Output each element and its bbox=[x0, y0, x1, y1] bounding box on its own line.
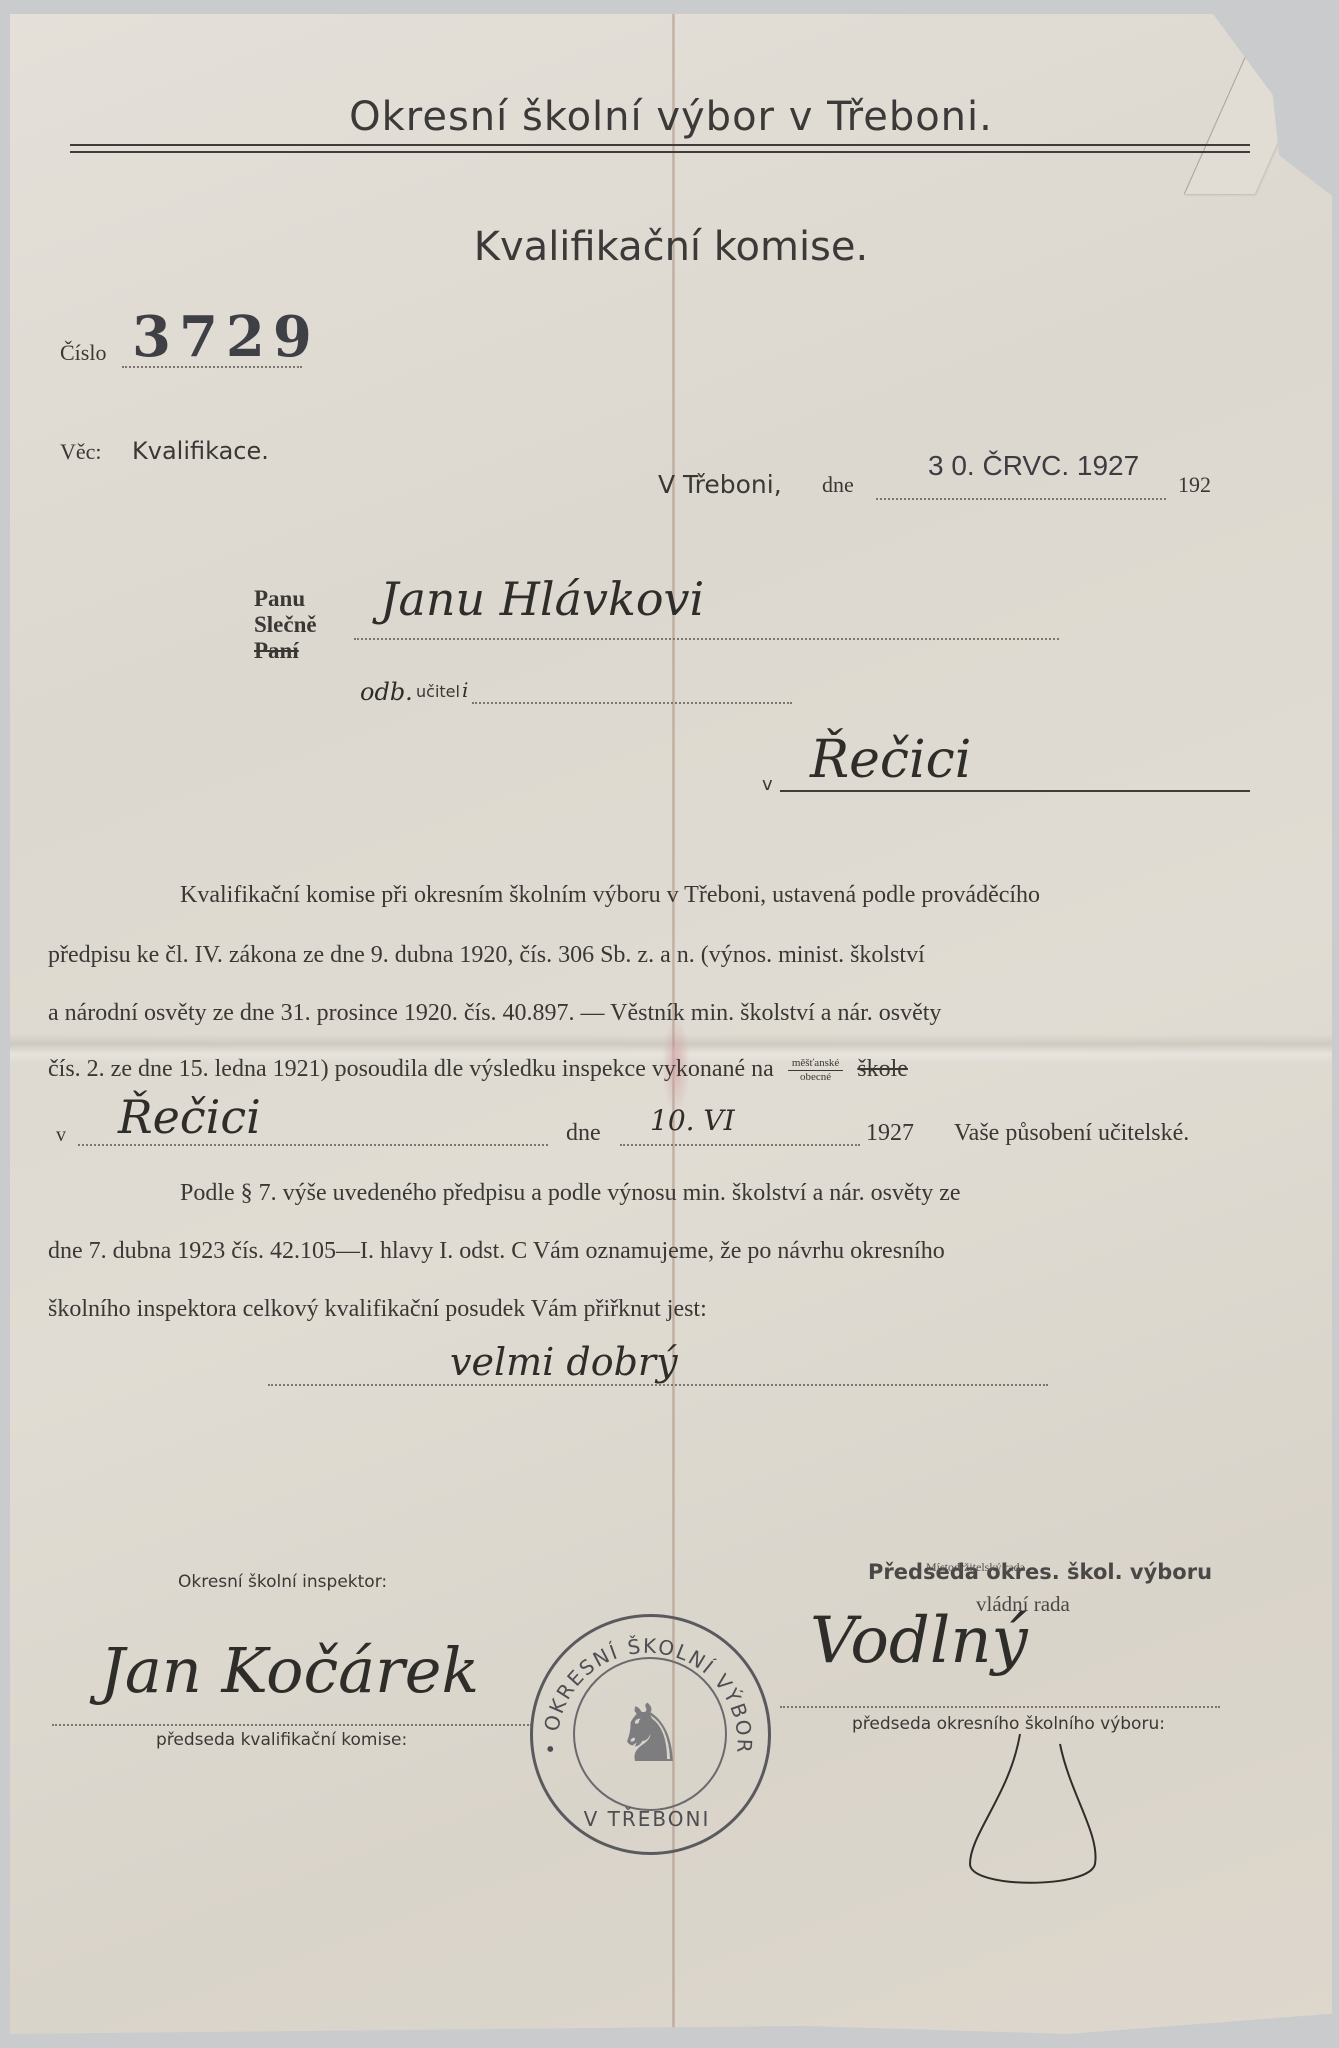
subject-label: Věc: bbox=[60, 439, 102, 465]
title-dotted-line bbox=[472, 702, 792, 704]
title-prefix-handwritten: odb. bbox=[360, 678, 413, 706]
title-suffix-handwritten: i bbox=[462, 678, 468, 702]
number-label: Číslo bbox=[60, 340, 106, 366]
inspection-place-prefix: v bbox=[56, 1124, 66, 1147]
document-number: 3729 bbox=[132, 304, 320, 370]
grade-handwritten: velmi dobrý bbox=[450, 1340, 678, 1384]
body-line-8: školního inspektora celkový kvalifikační… bbox=[48, 1294, 1260, 1324]
body-text: Kvalifikační komise při okresním školním… bbox=[180, 882, 1040, 908]
inspection-year: 1927 bbox=[866, 1120, 914, 1147]
body-line-3: a národní osvěty ze dne 31. prosince 192… bbox=[48, 998, 1260, 1028]
salutation-block: Panu Slečně Paní bbox=[254, 586, 317, 664]
body-text: Podle § 7. výše uvedeného předpisu a pod… bbox=[180, 1180, 961, 1206]
location-prefix: v bbox=[762, 774, 773, 795]
header-rule-bottom bbox=[70, 151, 1250, 153]
school-type-obecne: obecné bbox=[788, 1071, 843, 1084]
inspection-dne-label: dne bbox=[566, 1120, 601, 1147]
dateline-year-prefix: 192 bbox=[1178, 472, 1211, 498]
seal-ring-text: • OKRESNÍ ŠKOLNÍ VÝBOR • V TŘEBONI bbox=[530, 1614, 765, 1849]
dateline-dotted-line bbox=[876, 498, 1166, 500]
authority-heading: Okresní školní výbor v Třeboni. bbox=[10, 94, 1332, 140]
inspection-place-handwritten: Řečici bbox=[118, 1090, 261, 1144]
body-line-7: dne 7. dubna 1923 čís. 42.105—I. hlavy I… bbox=[48, 1236, 1260, 1266]
chair-dotted-line bbox=[780, 1706, 1220, 1708]
body-line-5-end: Vaše působení učitelské. bbox=[954, 1120, 1189, 1147]
location-handwritten: Řečici bbox=[810, 730, 971, 790]
addressee-name-handwritten: Janu Hlávkovi bbox=[380, 572, 704, 626]
header-rule-top bbox=[70, 144, 1250, 146]
inspection-place-dotted-line bbox=[78, 1144, 548, 1146]
dateline-place: V Třeboni, bbox=[658, 470, 782, 499]
salutation-slecne: Slečně bbox=[254, 612, 317, 638]
location-underline bbox=[780, 790, 1250, 792]
svg-text:• OKRESNÍ ŠKOLNÍ VÝBOR •: • OKRESNÍ ŠKOLNÍ VÝBOR • bbox=[530, 1614, 757, 1766]
chair-stamp-title: Předseda okres. škol. výboru bbox=[868, 1560, 1212, 1584]
school-word: škole bbox=[857, 1056, 908, 1082]
official-seal: ♞ • OKRESNÍ ŠKOLNÍ VÝBOR • V TŘEBONI bbox=[530, 1614, 771, 1855]
dateline-dne-label: dne bbox=[822, 472, 854, 498]
inspector-label: Okresní školní inspektor: bbox=[178, 1572, 387, 1592]
subject-value: Kvalifikace. bbox=[132, 437, 269, 465]
body-line-4: čís. 2. ze dne 15. ledna 1921) posoudila… bbox=[48, 1054, 1258, 1084]
grade-dotted-line bbox=[268, 1384, 1048, 1386]
chair-stamp-overprint: Místodržitelský rada bbox=[926, 1560, 1025, 1575]
salutation-panu: Panu bbox=[254, 586, 317, 612]
title-printed: učitel bbox=[416, 682, 460, 701]
body-line-1: Kvalifikační komise při okresním školním… bbox=[48, 880, 1260, 910]
body-line-2: předpisu ke čl. IV. zákona ze dne 9. dub… bbox=[48, 940, 1260, 970]
body-text: čís. 2. ze dne 15. ledna 1921) posoudila… bbox=[48, 1056, 774, 1082]
department-heading: Kvalifikační komise. bbox=[10, 224, 1332, 270]
school-type-mestanske: měšťanské bbox=[788, 1057, 843, 1071]
stamped-date: 3 0. ČRVC. 1927 bbox=[928, 450, 1139, 482]
inspector-dotted-line bbox=[52, 1724, 532, 1726]
svg-text:V TŘEBONI: V TŘEBONI bbox=[584, 1807, 711, 1831]
salutation-pani: Paní bbox=[254, 638, 317, 664]
document-sheet: Okresní školní výbor v Třeboni. Kvalifik… bbox=[10, 14, 1332, 2034]
name-dotted-line bbox=[354, 638, 1059, 640]
school-type-fraction: měšťanské obecné bbox=[788, 1057, 843, 1084]
chair-signature: Vodlný bbox=[810, 1604, 1028, 1678]
committee-chair-label: předseda kvalifikační komise: bbox=[156, 1730, 407, 1750]
number-dotted-line bbox=[122, 366, 302, 368]
inspector-signature: Jan Kočárek bbox=[100, 1634, 479, 1707]
body-line-6: Podle § 7. výše uvedeného předpisu a pod… bbox=[48, 1178, 1260, 1208]
inspection-date-handwritten: 10. VI bbox=[650, 1104, 735, 1137]
inspection-date-dotted-line bbox=[620, 1144, 860, 1146]
signature-flourish bbox=[950, 1714, 1130, 1894]
